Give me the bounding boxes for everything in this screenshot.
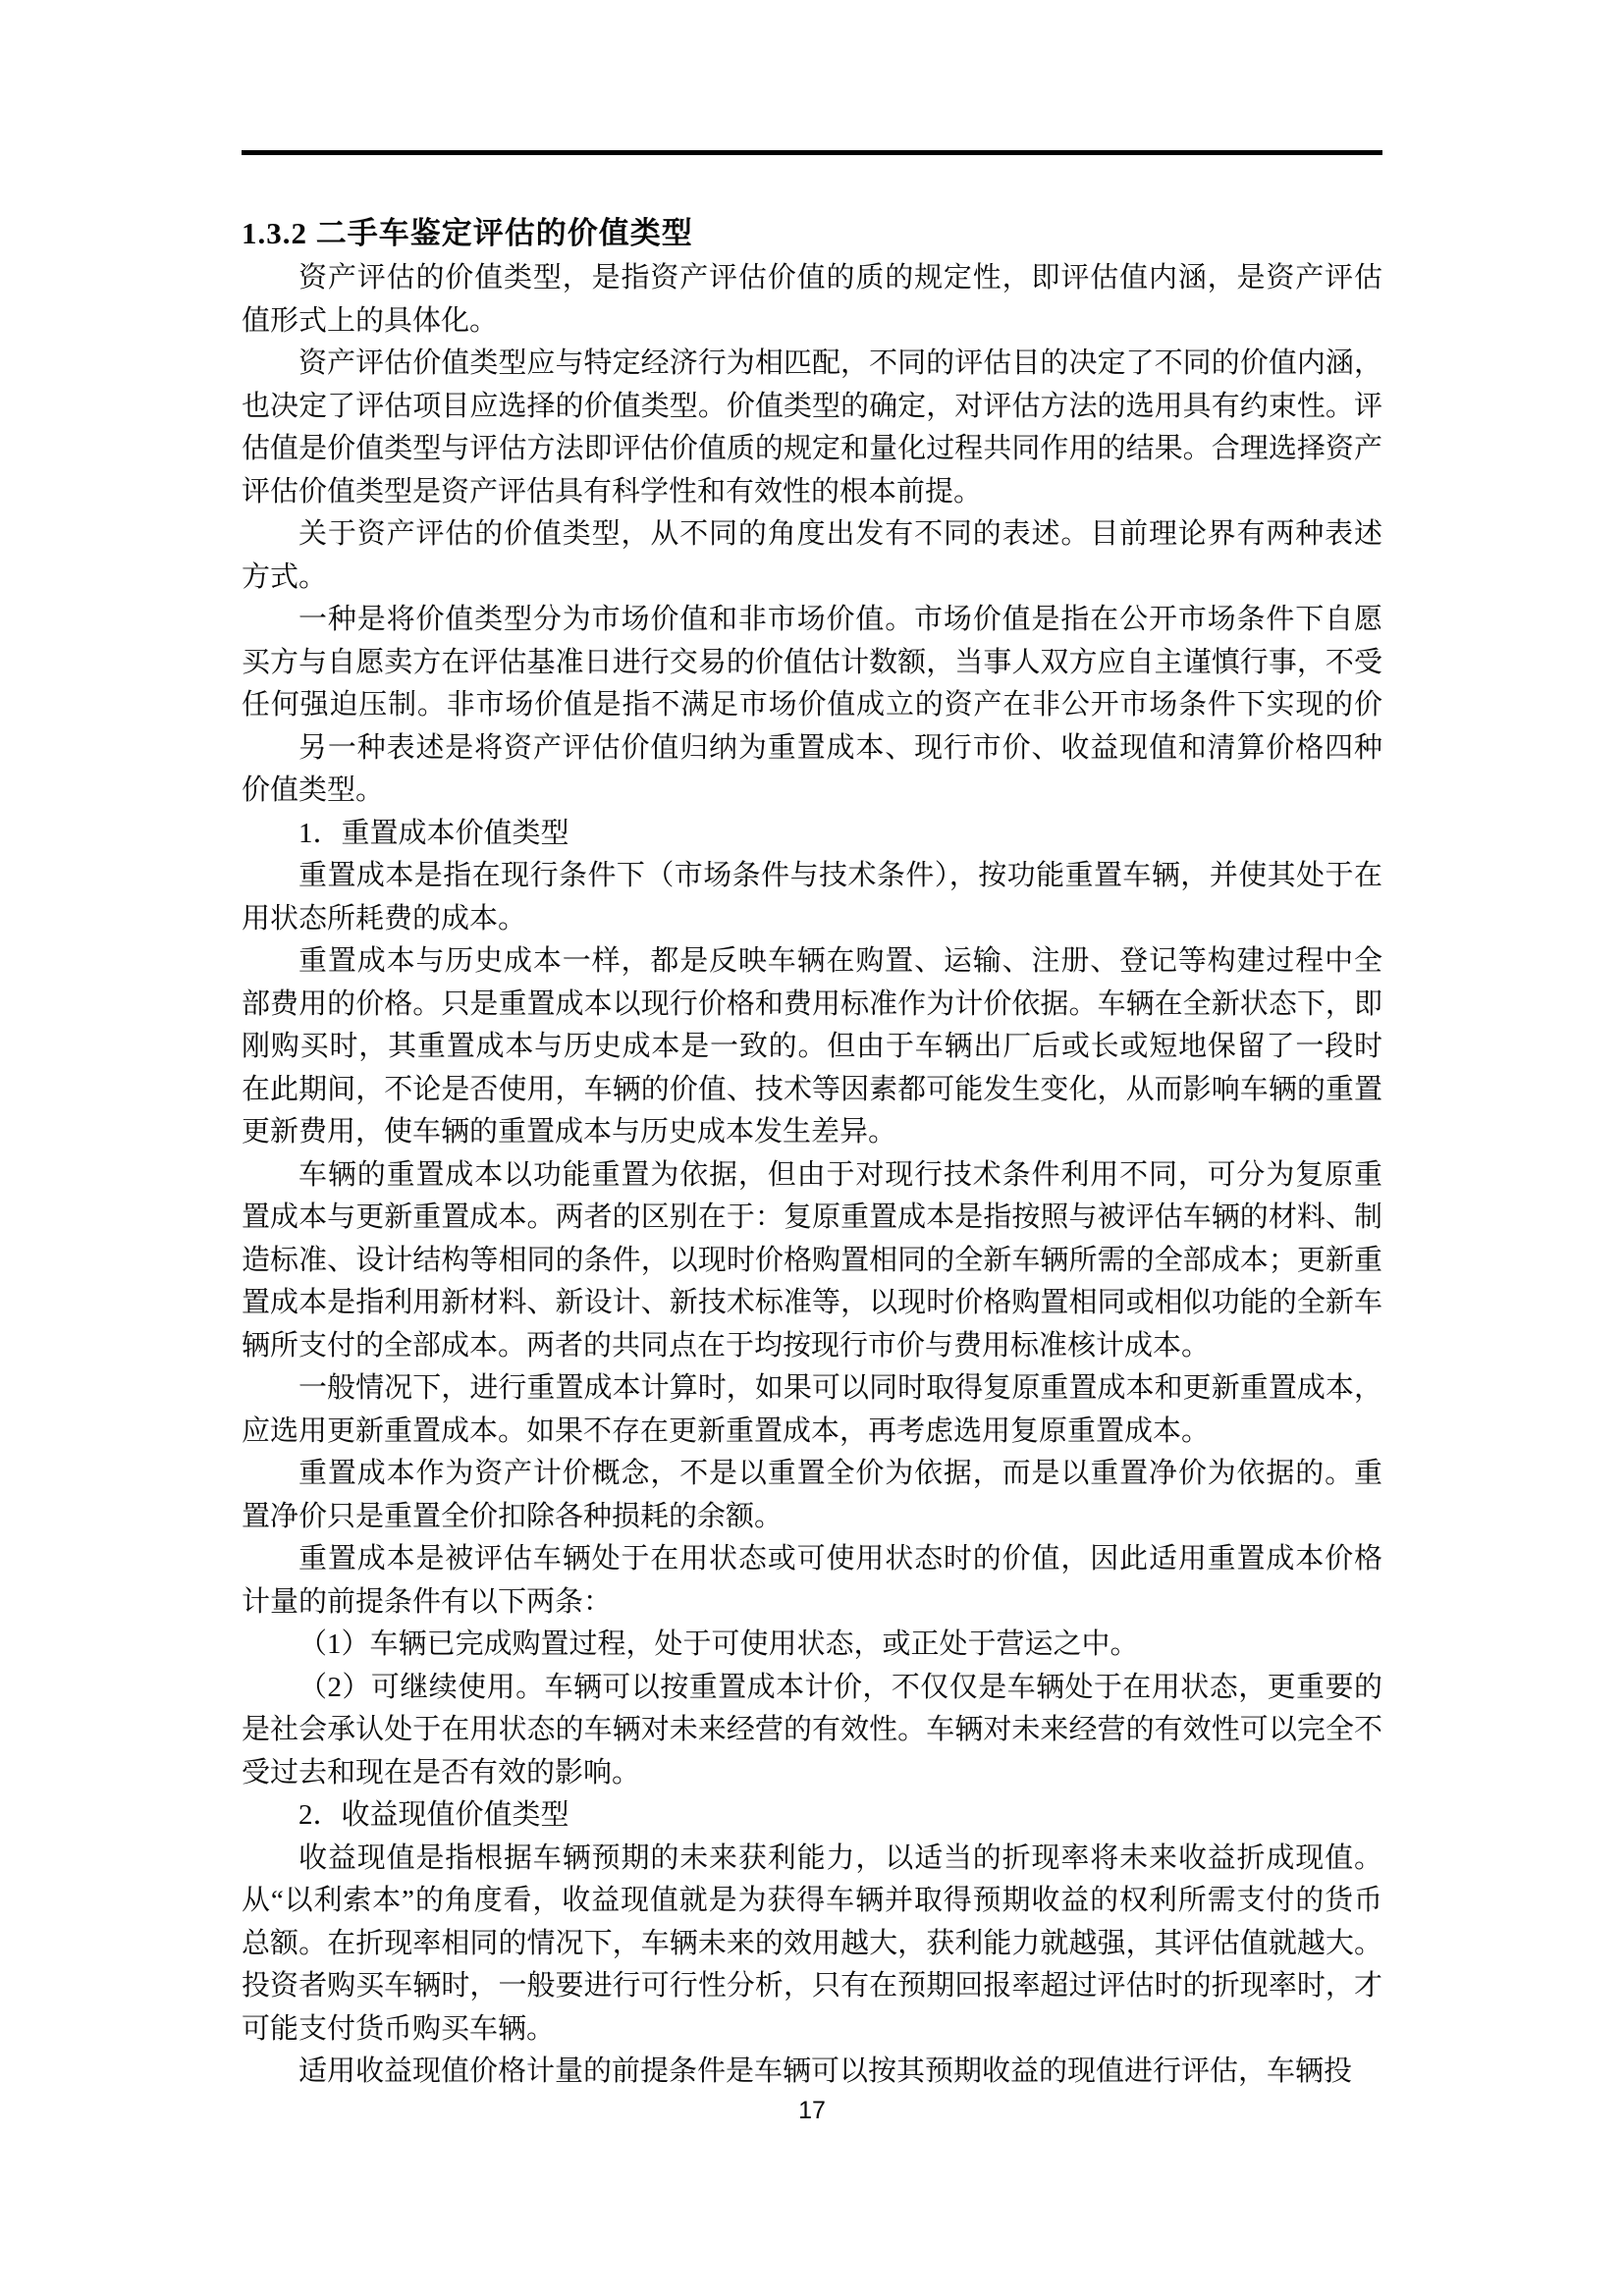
- text-line: （1）车辆已完成购置过程，处于可使用状态，或正处于营运之中。: [242, 1624, 1382, 1667]
- paragraph: 重置成本作为资产计价概念，不是以重置全价为依据，而是以重置净价为依据的。重置净价…: [242, 1453, 1382, 1538]
- text-line: 计量的前提条件有以下两条：: [242, 1581, 1382, 1625]
- text-line: 车辆的重置成本以功能重置为依据，但由于对现行技术条件利用不同，可分为复原重: [242, 1154, 1382, 1198]
- text-line: 更新费用，使车辆的重置成本与历史成本发生差异。: [242, 1111, 1382, 1154]
- text-line: 可能支付货币购买车辆。: [242, 2008, 1382, 2052]
- text-line: 刚购买时，其重置成本与历史成本是一致的。但由于车辆出厂后或长或短地保留了一段时间…: [242, 1026, 1382, 1069]
- paragraph: （1）车辆已完成购置过程，处于可使用状态，或正处于营运之中。: [242, 1624, 1382, 1667]
- text-line: 置成本与更新重置成本。两者的区别在于：复原重置成本是指按照与被评估车辆的材料、制: [242, 1197, 1382, 1240]
- text-line: 2．收益现值价值类型: [242, 1794, 1382, 1838]
- text-line: 重置成本与历史成本一样，都是反映车辆在购置、运输、注册、登记等构建过程中全: [242, 940, 1382, 984]
- text-line: 也决定了评估项目应选择的价值类型。价值类型的确定，对评估方法的选用具有约束性。评: [242, 386, 1382, 429]
- text-line: 是社会承认处于在用状态的车辆对未来经营的有效性。车辆对未来经营的有效性可以完全不: [242, 1709, 1382, 1752]
- paragraph: 重置成本与历史成本一样，都是反映车辆在购置、运输、注册、登记等构建过程中全部费用…: [242, 940, 1382, 1154]
- text-line: 辆所支付的全部成本。两者的共同点在于均按现行市价与费用标准核计成本。: [242, 1325, 1382, 1368]
- paragraph: 适用收益现值价格计量的前提条件是车辆可以按其预期收益的现值进行评估，车辆投: [242, 2051, 1382, 2094]
- text-line: 重置成本作为资产计价概念，不是以重置全价为依据，而是以重置净价为依据的。重: [242, 1453, 1382, 1496]
- text-line: 置净价只是重置全价扣除各种损耗的余额。: [242, 1496, 1382, 1539]
- text-line: 置成本是指利用新材料、新设计、新技术标准等，以现时价格购置相同或相似功能的全新车: [242, 1282, 1382, 1325]
- text-line: 适用收益现值价格计量的前提条件是车辆可以按其预期收益的现值进行评估，车辆投: [242, 2051, 1382, 2094]
- paragraph: 一般情况下，进行重置成本计算时，如果可以同时取得复原重置成本和更新重置成本，应选…: [242, 1367, 1382, 1453]
- text-line: 总额。在折现率相同的情况下，车辆未来的效用越大，获利能力就越强，其评估值就越大。: [242, 1923, 1382, 1966]
- text-line: 资产评估的价值类型，是指资产评估价值的质的规定性，即评估值内涵，是资产评估: [242, 257, 1382, 300]
- list-item: 2．收益现值价值类型: [242, 1794, 1382, 1838]
- paragraph: 重置成本是指在现行条件下（市场条件与技术条件），按功能重置车辆，并使其处于在用状…: [242, 855, 1382, 940]
- text-line: 应选用更新重置成本。如果不存在更新重置成本，再考虑选用复原重置成本。: [242, 1411, 1382, 1454]
- text-line: 在此期间，不论是否使用，车辆的价值、技术等因素都可能发生变化，从而影响车辆的重置: [242, 1069, 1382, 1112]
- text-line: 估值是价值类型与评估方法即评估价值质的规定和量化过程共同作用的结果。合理选择资产: [242, 428, 1382, 471]
- text-line: 资产评估价值类型应与特定经济行为相匹配，不同的评估目的决定了不同的价值内涵，: [242, 343, 1382, 386]
- paragraph: 资产评估的价值类型，是指资产评估价值的质的规定性，即评估值内涵，是资产评估值形式…: [242, 257, 1382, 343]
- text-line: 方式。: [242, 557, 1382, 600]
- text-line: 投资者购买车辆时，一般要进行可行性分析，只有在预期回报率超过评估时的折现率时，才: [242, 1965, 1382, 2008]
- text-line: 1．重置成本价值类型: [242, 813, 1382, 856]
- paragraph: 资产评估价值类型应与特定经济行为相匹配，不同的评估目的决定了不同的价值内涵，也决…: [242, 343, 1382, 513]
- text-line: 重置成本是指在现行条件下（市场条件与技术条件），按功能重置车辆，并使其处于在: [242, 855, 1382, 898]
- paragraph: 一种是将价值类型分为市场价值和非市场价值。市场价值是指在公开市场条件下自愿买方与…: [242, 599, 1382, 727]
- document-page: 1.3.2 二手车鉴定评估的价值类型 资产评估的价值类型，是指资产评估价值的质的…: [0, 0, 1624, 2296]
- text-line: 买方与自愿卖方在评估基准日进行交易的价值估计数额，当事人双方应自主谨慎行事，不受: [242, 642, 1382, 685]
- text-line: 用状态所耗费的成本。: [242, 898, 1382, 941]
- text-line: 造标准、设计结构等相同的条件，以现时价格购置相同的全新车辆所需的全部成本；更新重: [242, 1240, 1382, 1283]
- text-line: 受过去和现在是否有效的影响。: [242, 1752, 1382, 1795]
- text-line: 从“以利索本”的角度看，收益现值就是为获得车辆并取得预期收益的权利所需支付的货币: [242, 1880, 1382, 1923]
- list-item: 1．重置成本价值类型: [242, 813, 1382, 856]
- document-body: 资产评估的价值类型，是指资产评估价值的质的规定性，即评估值内涵，是资产评估值形式…: [242, 257, 1382, 2094]
- paragraph: （2）可继续使用。车辆可以按重置成本计价，不仅仅是车辆处于在用状态，更重要的是社…: [242, 1667, 1382, 1795]
- text-line: 一种是将价值类型分为市场价值和非市场价值。市场价值是指在公开市场条件下自愿: [242, 599, 1382, 642]
- text-line: 任何强迫压制。非市场价值是指不满足市场价值成立的资产在非公开市场条件下实现的价值…: [242, 684, 1382, 727]
- paragraph: 收益现值是指根据车辆预期的未来获利能力，以适当的折现率将未来收益折成现值。从“以…: [242, 1838, 1382, 2052]
- text-line: （2）可继续使用。车辆可以按重置成本计价，不仅仅是车辆处于在用状态，更重要的: [242, 1667, 1382, 1710]
- header-rule: [242, 150, 1382, 155]
- text-line: 值形式上的具体化。: [242, 300, 1382, 344]
- text-line: 一般情况下，进行重置成本计算时，如果可以同时取得复原重置成本和更新重置成本，: [242, 1367, 1382, 1411]
- text-line: 重置成本是被评估车辆处于在用状态或可使用状态时的价值，因此适用重置成本价格: [242, 1538, 1382, 1581]
- paragraph: 重置成本是被评估车辆处于在用状态或可使用状态时的价值，因此适用重置成本价格计量的…: [242, 1538, 1382, 1624]
- paragraph: 另一种表述是将资产评估价值归纳为重置成本、现行市价、收益现值和清算价格四种价值类…: [242, 727, 1382, 813]
- section-heading: 1.3.2 二手车鉴定评估的价值类型: [242, 208, 1382, 252]
- paragraph: 关于资产评估的价值类型，从不同的角度出发有不同的表述。目前理论界有两种表述方式。: [242, 513, 1382, 599]
- text-line: 部费用的价格。只是重置成本以现行价格和费用标准作为计价依据。车辆在全新状态下，即: [242, 984, 1382, 1027]
- text-line: 关于资产评估的价值类型，从不同的角度出发有不同的表述。目前理论界有两种表述: [242, 513, 1382, 557]
- text-line: 评估价值类型是资产评估具有科学性和有效性的根本前提。: [242, 471, 1382, 514]
- text-line: 价值类型。: [242, 770, 1382, 813]
- page-number: 17: [0, 2097, 1624, 2125]
- paragraph: 车辆的重置成本以功能重置为依据，但由于对现行技术条件利用不同，可分为复原重置成本…: [242, 1154, 1382, 1368]
- text-line: 另一种表述是将资产评估价值归纳为重置成本、现行市价、收益现值和清算价格四种: [242, 727, 1382, 771]
- text-line: 收益现值是指根据车辆预期的未来获利能力，以适当的折现率将未来收益折成现值。: [242, 1838, 1382, 1881]
